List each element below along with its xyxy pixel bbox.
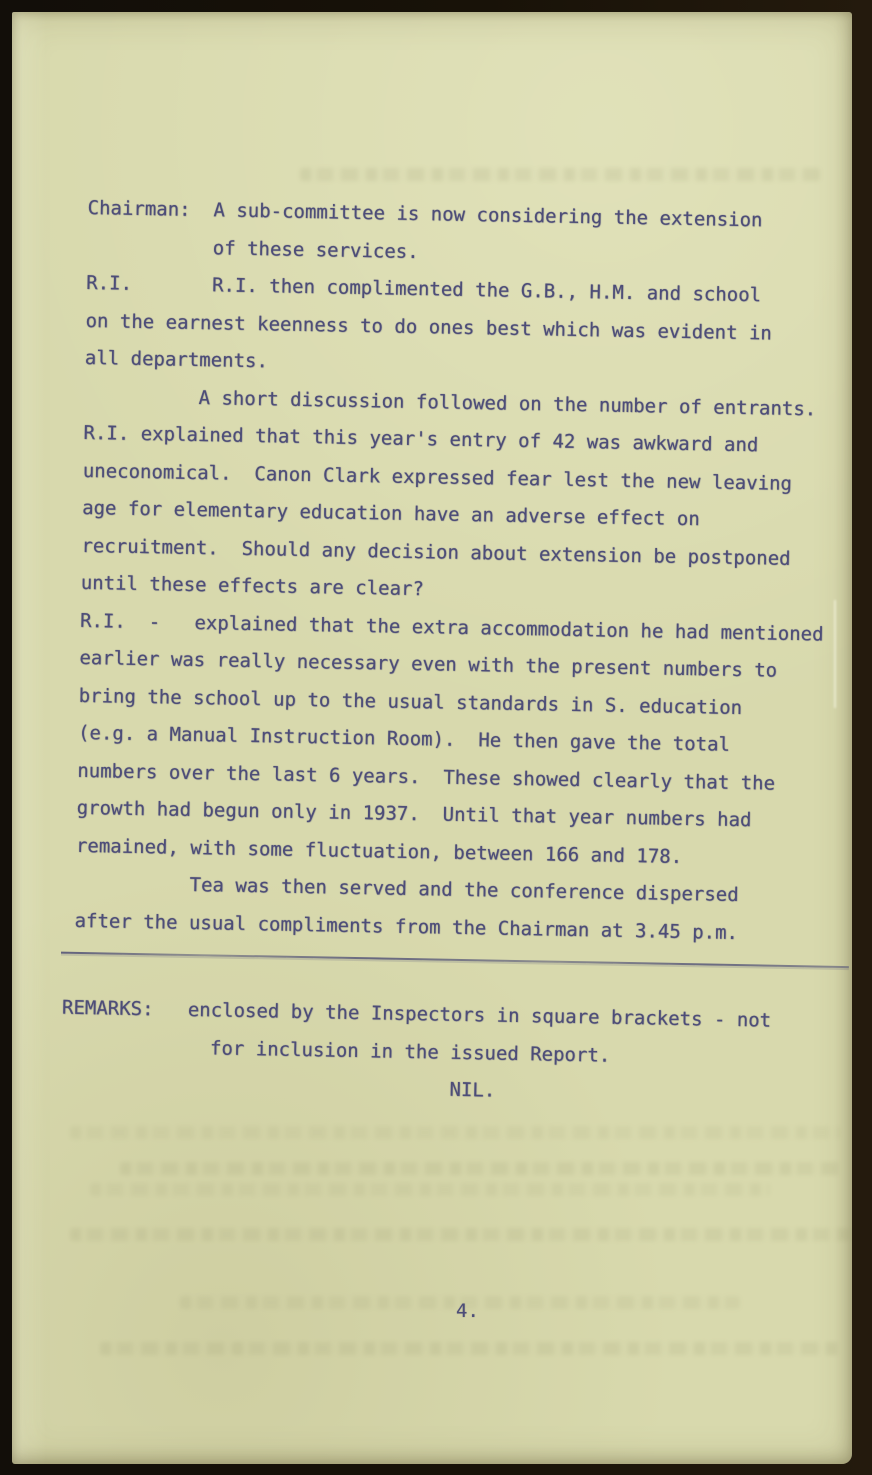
- scanned-document-page: Chairman: A sub-committee is now conside…: [0, 0, 872, 1475]
- typed-divider-line: [61, 952, 849, 968]
- remarks-section: REMARKS: enclosed by the Inspectors in s…: [60, 990, 848, 1117]
- bleedthrough-smudge: [300, 168, 820, 181]
- paper-sheet: Chairman: A sub-committee is now conside…: [12, 12, 852, 1464]
- bleedthrough-smudge: [120, 1162, 840, 1175]
- bleedthrough-smudge: [70, 1126, 840, 1139]
- typed-content: Chairman: A sub-committee is now conside…: [71, 190, 863, 1117]
- bleedthrough-smudge: [90, 1183, 770, 1196]
- bleedthrough-smudge: [70, 1228, 850, 1241]
- bleedthrough-smudge: [100, 1342, 840, 1355]
- page-number: 4.: [456, 1300, 479, 1322]
- minutes-body-text: Chairman: A sub-committee is now conside…: [74, 190, 863, 954]
